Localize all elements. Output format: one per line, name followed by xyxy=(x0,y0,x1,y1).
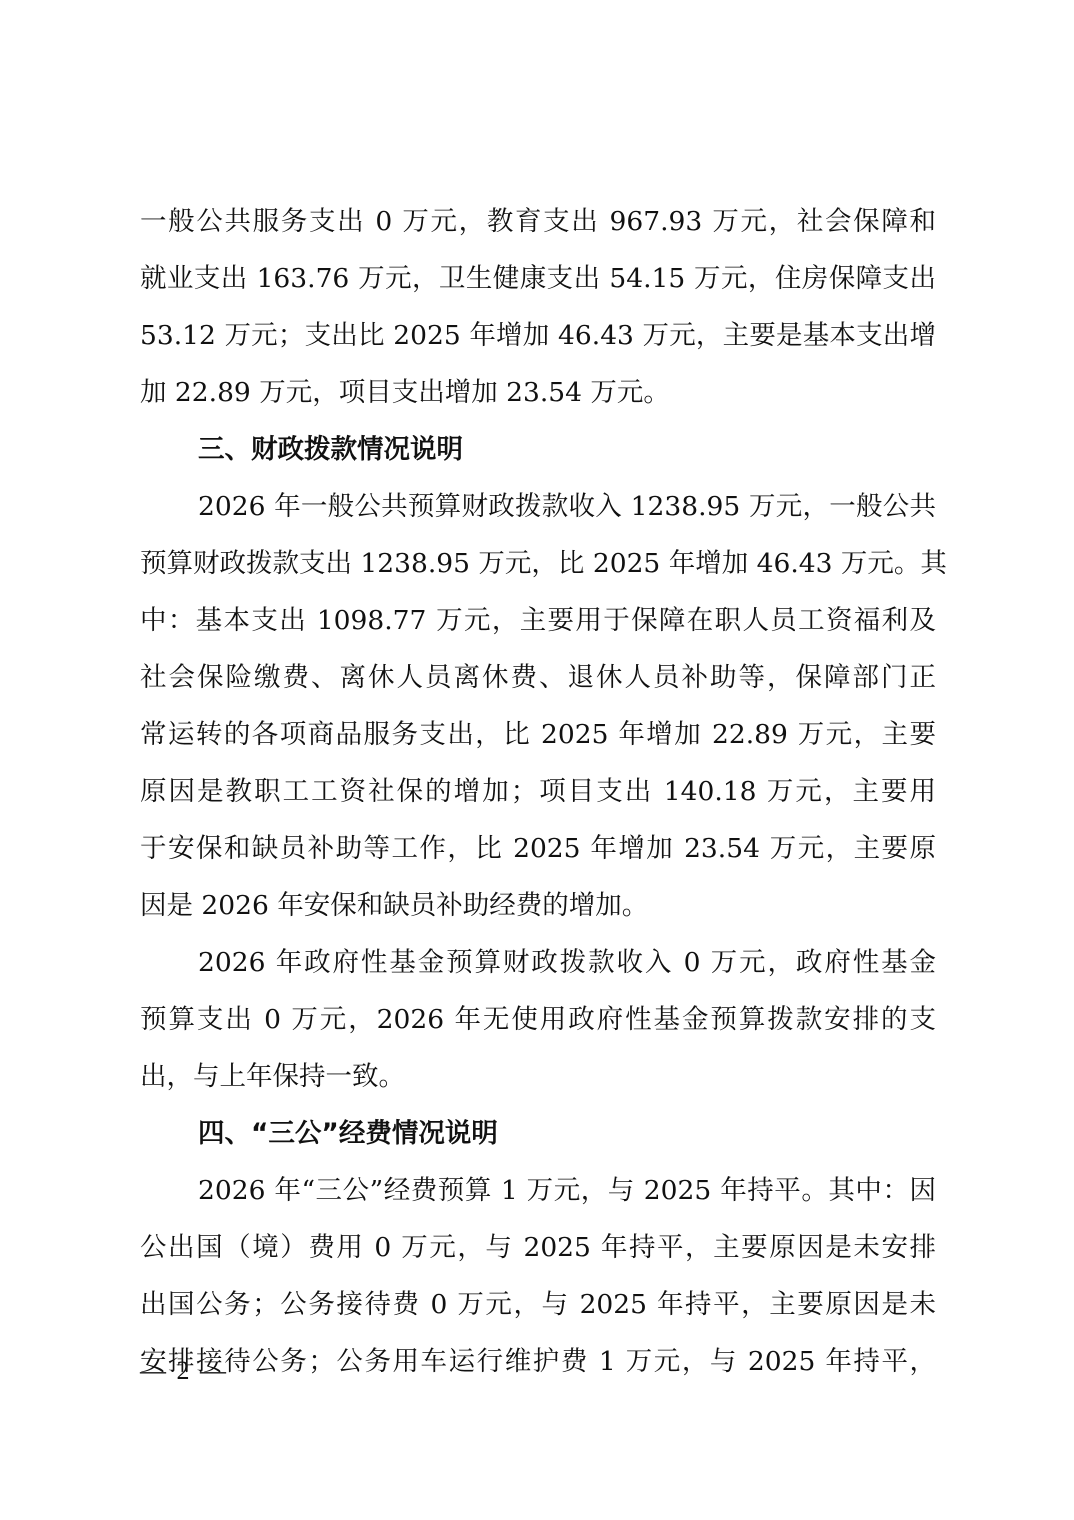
document-page: 一般公共服务支出 0 万元，教育支出 967.93 万元，社会保障和 就业支出 … xyxy=(140,193,936,1390)
text-line: 加 22.89 万元，项目支出增加 23.54 万元。 xyxy=(140,364,936,421)
text-line: 安排接待公务；公务用车运行维护费 1 万元，与 2025 年持平， xyxy=(140,1333,936,1390)
text-line: 常运转的各项商品服务支出，比 2025 年增加 22.89 万元，主要 xyxy=(140,706,936,763)
text-line: 一般公共服务支出 0 万元，教育支出 967.93 万元，社会保障和 xyxy=(140,193,936,250)
text-line: 就业支出 163.76 万元，卫生健康支出 54.15 万元，住房保障支出 xyxy=(140,250,936,307)
section-heading-three-public-expenses: 四、“三公”经费情况说明 xyxy=(140,1105,936,1162)
paragraph-continued: 一般公共服务支出 0 万元，教育支出 967.93 万元，社会保障和 就业支出 … xyxy=(140,193,936,421)
paragraph-government-fund: 2026 年政府性基金预算财政拨款收入 0 万元，政府性基金 预算支出 0 万元… xyxy=(140,934,936,1105)
text-line: 预算支出 0 万元，2026 年无使用政府性基金预算拨款安排的支 xyxy=(140,991,936,1048)
paragraph-three-public-expenses: 2026 年“三公”经费预算 1 万元，与 2025 年持平。其中：因 公出国（… xyxy=(140,1162,936,1390)
text-line: 社会保险缴费、离休人员离休费、退休人员补助等，保障部门正 xyxy=(140,649,936,706)
text-line: 2026 年政府性基金预算财政拨款收入 0 万元，政府性基金 xyxy=(140,934,936,991)
text-line: 因是 2026 年安保和缺员补助经费的增加。 xyxy=(140,877,936,934)
text-line: 2026 年“三公”经费预算 1 万元，与 2025 年持平。其中：因 xyxy=(140,1162,936,1219)
paragraph-general-budget: 2026 年一般公共预算财政拨款收入 1238.95 万元，一般公共 预算财政拨… xyxy=(140,478,936,934)
text-line: 于安保和缺员补助等工作，比 2025 年增加 23.54 万元，主要原 xyxy=(140,820,936,877)
text-line: 出，与上年保持一致。 xyxy=(140,1048,936,1105)
text-line: 出国公务；公务接待费 0 万元，与 2025 年持平，主要原因是未 xyxy=(140,1276,936,1333)
section-heading-fiscal-appropriation: 三、财政拨款情况说明 xyxy=(140,421,936,478)
text-line: 53.12 万元；支出比 2025 年增加 46.43 万元，主要是基本支出增 xyxy=(140,307,936,364)
text-line: 中：基本支出 1098.77 万元，主要用于保障在职人员工资福利及 xyxy=(140,592,936,649)
text-line: 预算财政拨款支出 1238.95 万元，比 2025 年增加 46.43 万元。… xyxy=(140,535,936,592)
text-line: 2026 年一般公共预算财政拨款收入 1238.95 万元，一般公共 xyxy=(140,478,936,535)
text-line: 原因是教职工工资社保的增加；项目支出 140.18 万元，主要用 xyxy=(140,763,936,820)
text-line: 公出国（境）费用 0 万元，与 2025 年持平，主要原因是未安排 xyxy=(140,1219,936,1276)
page-number: — 2 — xyxy=(140,1356,228,1386)
